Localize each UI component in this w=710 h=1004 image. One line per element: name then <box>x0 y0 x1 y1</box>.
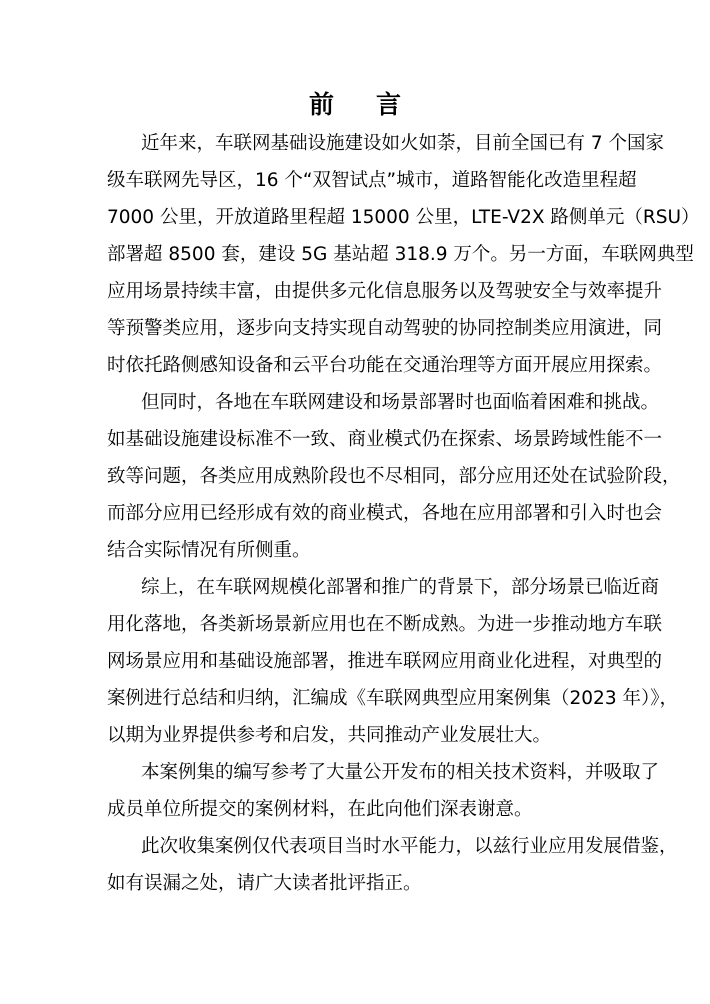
text-line: 时依托路侧感知设备和云平台功能在交通治理等方面开展应用探索。 <box>107 347 602 384</box>
text-line: 等预警类应用，逐步向支持实现自动驾驶的协同控制类应用演进，同 <box>107 310 602 347</box>
paragraph-5: 此次收集案例仅代表项目当时水平能力，以兹行业应用发展借鉴， 如有误漏之处，请广大… <box>107 828 602 902</box>
text-line: 如基础设施建设标准不一致、商业模式仍在探索、场景跨域性能不一 <box>107 421 602 458</box>
text-line: 7000 公里，开放道路里程超 15000 公里，LTE-V2X 路侧单元（RS… <box>107 199 602 236</box>
text-line: 案例进行总结和归纳，汇编成《车联网典型应用案例集（2023 年）》， <box>107 680 602 717</box>
title-char-2: 言 <box>376 88 401 122</box>
paragraph-4: 本案例集的编写参考了大量公开发布的相关技术资料，并吸取了 成员单位所提交的案例材… <box>107 754 602 828</box>
text-line: 应用场景持续丰富，由提供多元化信息服务以及驾驶安全与效率提升 <box>107 273 602 310</box>
document-page: 前言 近年来，车联网基础设施建设如火如荼，目前全国已有 7 个国家 级车联网先导… <box>0 0 710 1004</box>
title-char-1: 前 <box>309 88 334 122</box>
preface-body: 近年来，车联网基础设施建设如火如荼，目前全国已有 7 个国家 级车联网先导区，1… <box>107 125 602 902</box>
text-line: 部署超 8500 套，建设 5G 基站超 318.9 万个。另一方面，车联网典型 <box>107 236 602 273</box>
text-line: 成员单位所提交的案例材料，在此向他们深表谢意。 <box>107 791 602 828</box>
text-line: 用化落地，各类新场景新应用也在不断成熟。为进一步推动地方车联 <box>107 606 602 643</box>
text-line: 综上，在车联网规模化部署和推广的背景下，部分场景已临近商 <box>107 569 602 606</box>
text-line: 结合实际情况有所侧重。 <box>107 532 602 569</box>
text-line: 本案例集的编写参考了大量公开发布的相关技术资料，并吸取了 <box>107 754 602 791</box>
page-title: 前言 <box>0 88 710 122</box>
text-line: 近年来，车联网基础设施建设如火如荼，目前全国已有 7 个国家 <box>107 125 602 162</box>
paragraph-2: 但同时，各地在车联网建设和场景部署时也面临着困难和挑战。 如基础设施建设标准不一… <box>107 384 602 569</box>
paragraph-3: 综上，在车联网规模化部署和推广的背景下，部分场景已临近商 用化落地，各类新场景新… <box>107 569 602 754</box>
text-line: 以期为业界提供参考和启发，共同推动产业发展壮大。 <box>107 717 602 754</box>
text-line: 此次收集案例仅代表项目当时水平能力，以兹行业应用发展借鉴， <box>107 828 602 865</box>
text-line: 如有误漏之处，请广大读者批评指正。 <box>107 865 602 902</box>
text-line: 而部分应用已经形成有效的商业模式，各地在应用部署和引入时也会 <box>107 495 602 532</box>
text-line: 致等问题，各类应用成熟阶段也不尽相同，部分应用还处在试验阶段， <box>107 458 602 495</box>
text-line: 网场景应用和基础设施部署，推进车联网应用商业化进程，对典型的 <box>107 643 602 680</box>
text-line: 但同时，各地在车联网建设和场景部署时也面临着困难和挑战。 <box>107 384 602 421</box>
paragraph-1: 近年来，车联网基础设施建设如火如荼，目前全国已有 7 个国家 级车联网先导区，1… <box>107 125 602 384</box>
text-line: 级车联网先导区，16 个“双智试点”城市，道路智能化改造里程超 <box>107 162 602 199</box>
